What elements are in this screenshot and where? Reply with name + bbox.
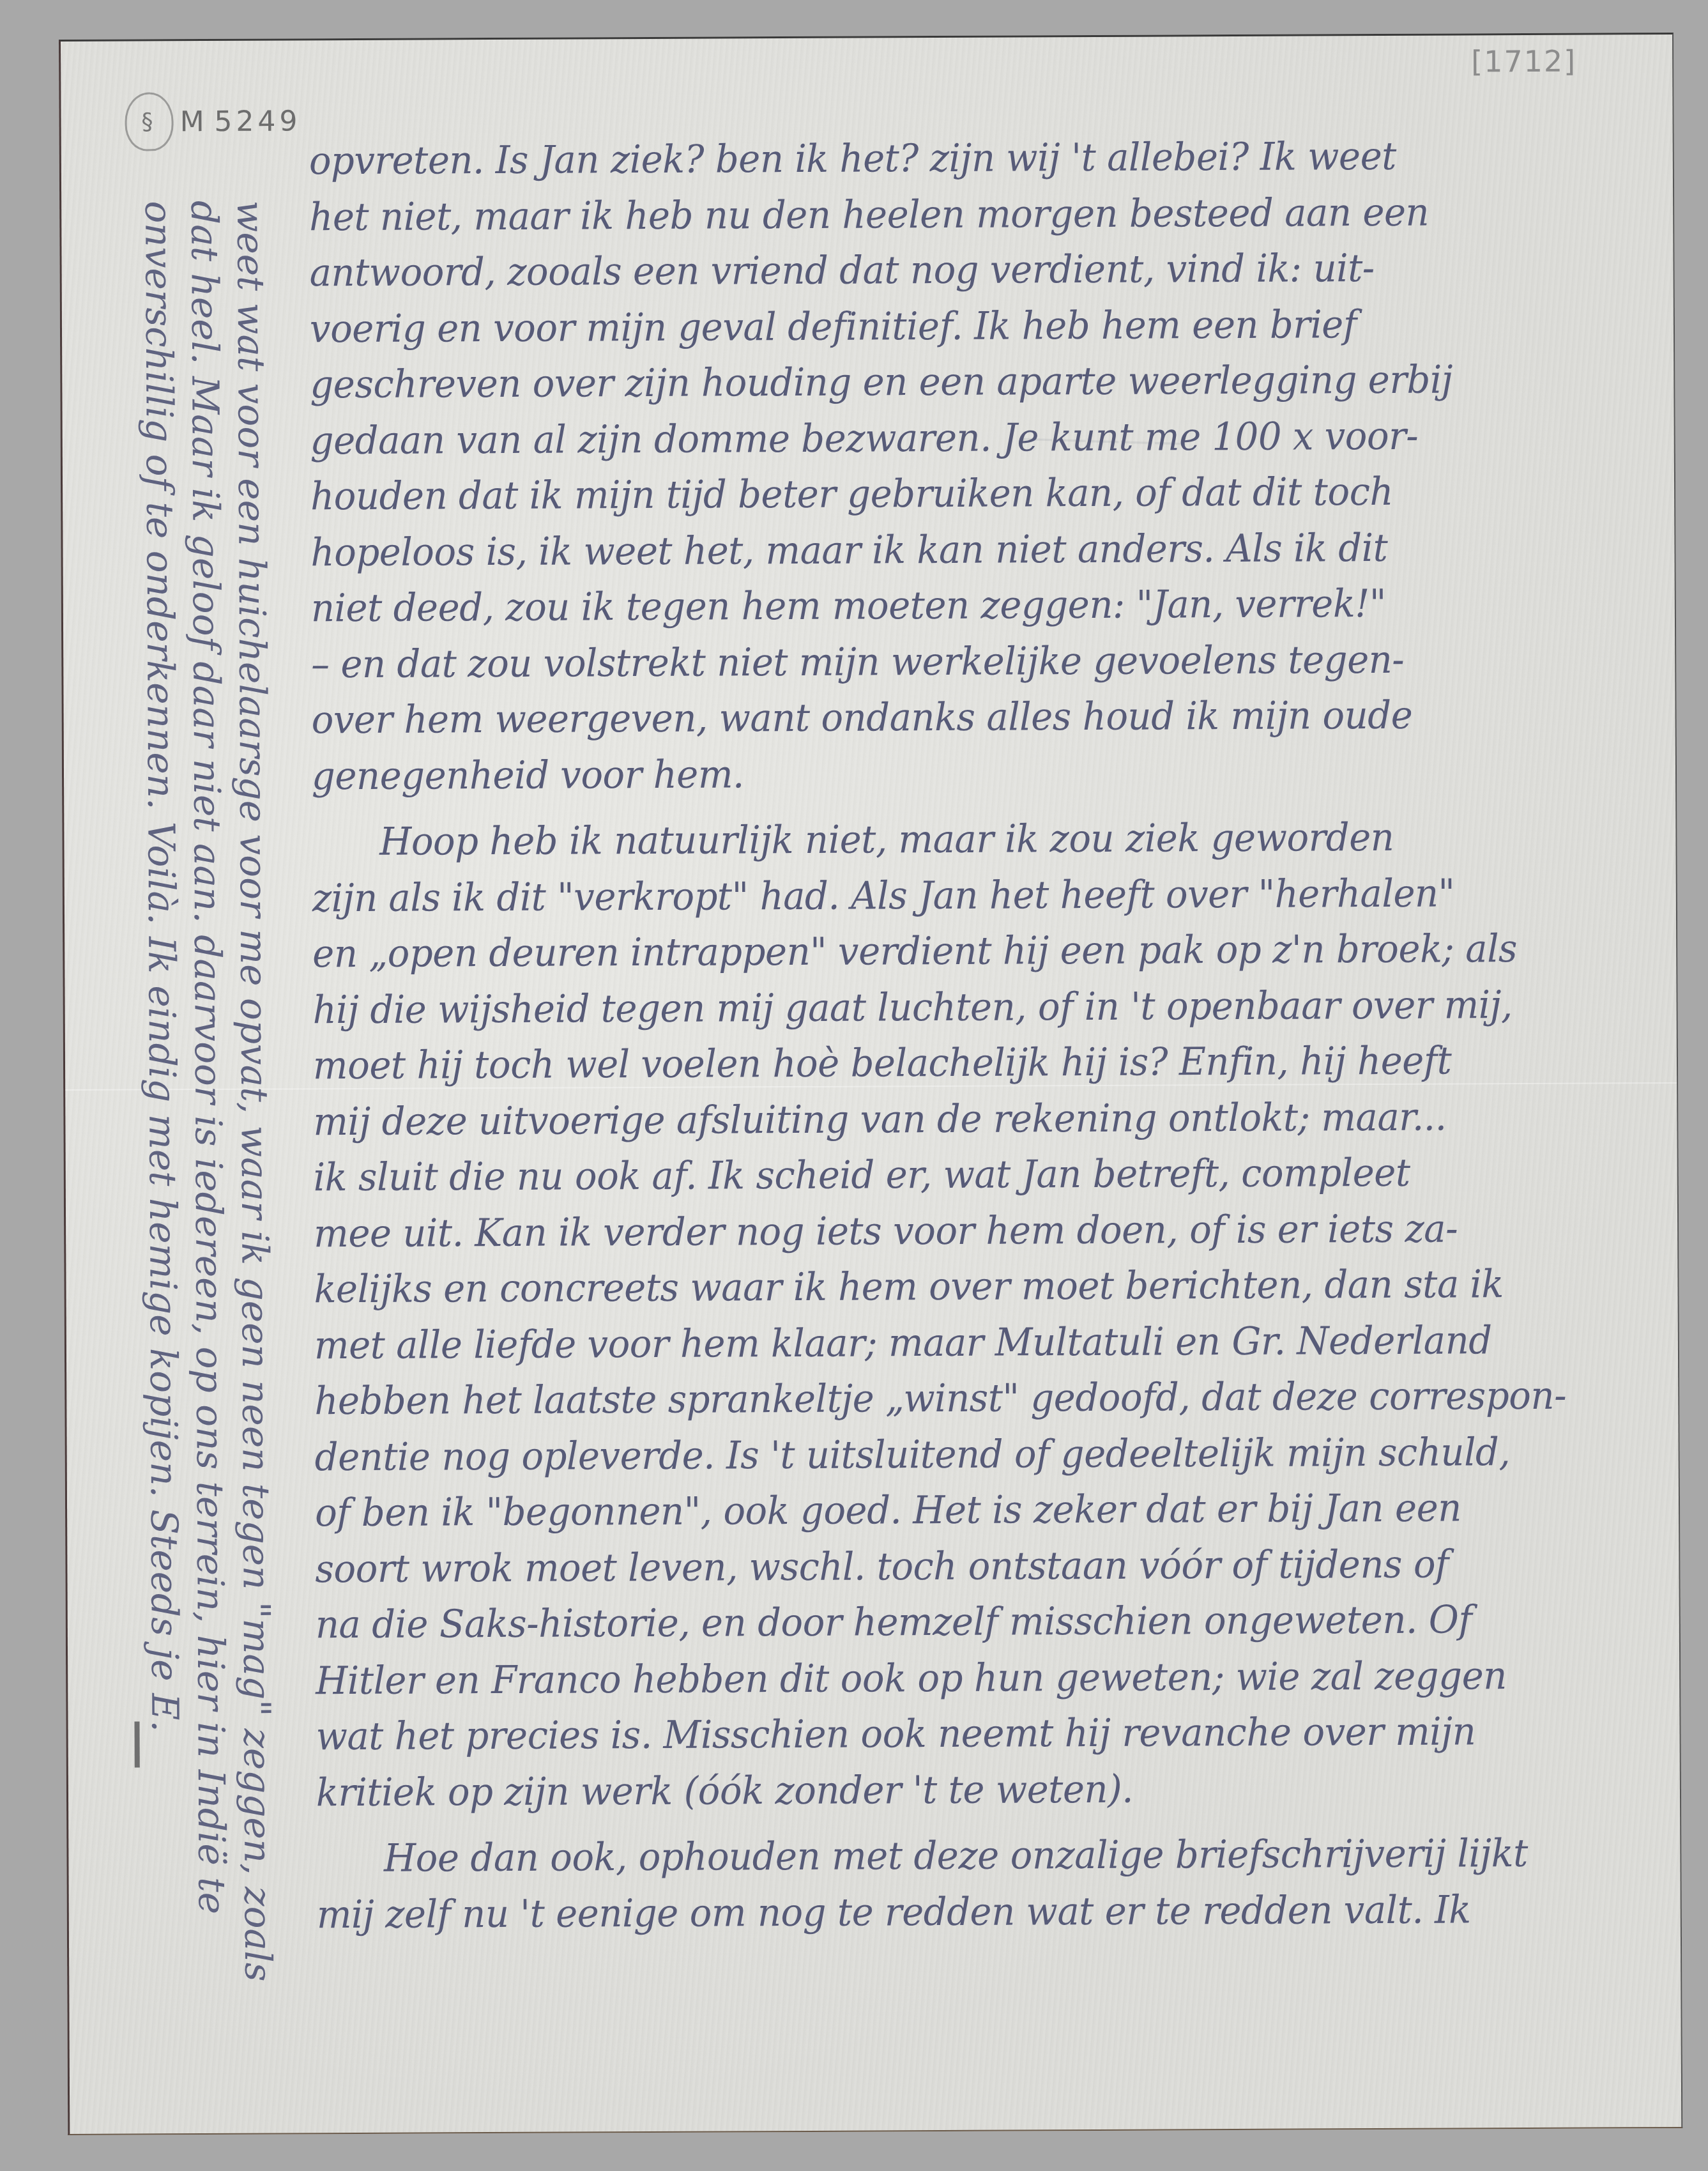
letter-line: houden dat ik mijn tijd beter gebruiken …	[310, 463, 1605, 525]
letter-line: en „open deuren intrappen" verdient hij …	[312, 921, 1606, 982]
letter-body: opvreten. Is Jan ziek? ben ik het? zijn …	[309, 128, 1665, 1943]
letter-line: voerig en voor mijn geval definitief. Ik…	[310, 296, 1604, 357]
letter-line: gedaan van al zijn domme bezwaren. Je ku…	[310, 408, 1605, 469]
letter-line: ik sluit die nu ook af. Ik scheid er, wa…	[314, 1144, 1608, 1206]
letter-line: mee uit. Kan ik verder nog iets voor hem…	[314, 1201, 1608, 1262]
paragraph-start-line: Hoop heb ik natuurlijk niet, maar ik zou…	[312, 809, 1606, 870]
archive-stamp-number: 5249	[214, 105, 301, 138]
paragraph-start-line: Hoe dan ook, ophouden met deze onzalige …	[316, 1825, 1610, 1887]
letter-line: het niet, maar ik heb nu den heelen morg…	[309, 184, 1603, 245]
archive-stamp-prefix: M	[179, 105, 208, 137]
margin-note-column: weet wat voor een huichelaarsge voor me …	[229, 201, 280, 1982]
letter-line: kelijks en concreets waar ik hem over mo…	[314, 1256, 1608, 1317]
letter-line: kritiek op zijn werk (óók zonder 't te w…	[316, 1760, 1610, 1821]
archive-stamp: § M 5249	[125, 91, 301, 151]
letter-line: niet deed, zou ik tegen hem moeten zegge…	[311, 575, 1605, 636]
letter-line: wat het precies is. Misschien ook neemt …	[316, 1703, 1610, 1765]
letter-line: dentie nog opleverde. Is 't uitsluitend …	[314, 1424, 1608, 1485]
letter-line: opvreten. Is Jan ziek? ben ik het? zijn …	[309, 128, 1603, 189]
letter-line: geschreven over zijn houding en een apar…	[310, 351, 1604, 413]
letter-line: met alle liefde voor hem klaar; maar Mul…	[314, 1312, 1608, 1374]
margin-note-column: onverschillig of te onderkennen. Voilà. …	[137, 201, 187, 1732]
letter-line: soort wrok moet leven, wschl. toch ontst…	[315, 1536, 1609, 1597]
signature-dash-mark	[134, 1721, 139, 1767]
letter-line: hebben het laatste sprankeltje „winst" g…	[314, 1368, 1608, 1429]
letter-page: § M 5249 [1712] ————— opvreten. Is Jan z…	[59, 33, 1682, 2135]
letter-line: Hitler en Franco hebben dit ook op hun g…	[316, 1648, 1610, 1709]
archive-seal-icon: §	[125, 92, 173, 151]
letter-line: zijn als ik dit "verkropt" had. Als Jan …	[312, 865, 1606, 926]
letter-line: genegenheid voor hem.	[312, 743, 1606, 804]
letter-line: mij deze uitvoerige afsluiting van de re…	[313, 1089, 1607, 1150]
letter-line: na die Saks-historie, en door hemzelf mi…	[316, 1592, 1610, 1653]
letter-line: over hem weergeven, want ondanks alles h…	[311, 687, 1605, 748]
letter-line: moet hij toch wel voelen hoè belachelijk…	[313, 1032, 1607, 1094]
letter-line: of ben ik "begonnen", ook goed. Het is z…	[315, 1480, 1609, 1541]
letter-line: – en dat zou volstrekt niet mijn werkeli…	[311, 631, 1605, 693]
letter-line: hij die wijsheid tegen mij gaat luchten,…	[312, 977, 1606, 1038]
letter-line: antwoord, zooals een vriend dat nog verd…	[309, 240, 1603, 301]
margin-note-column: dat heel. Maar ik geloof daar niet aan. …	[183, 201, 234, 1914]
page-number: [1712]	[1471, 44, 1576, 79]
letter-line: hopeloos is, ik weet het, maar ik kan ni…	[310, 519, 1605, 581]
letter-line: mij zelf nu 't eenige om nog te redden w…	[317, 1882, 1611, 1943]
